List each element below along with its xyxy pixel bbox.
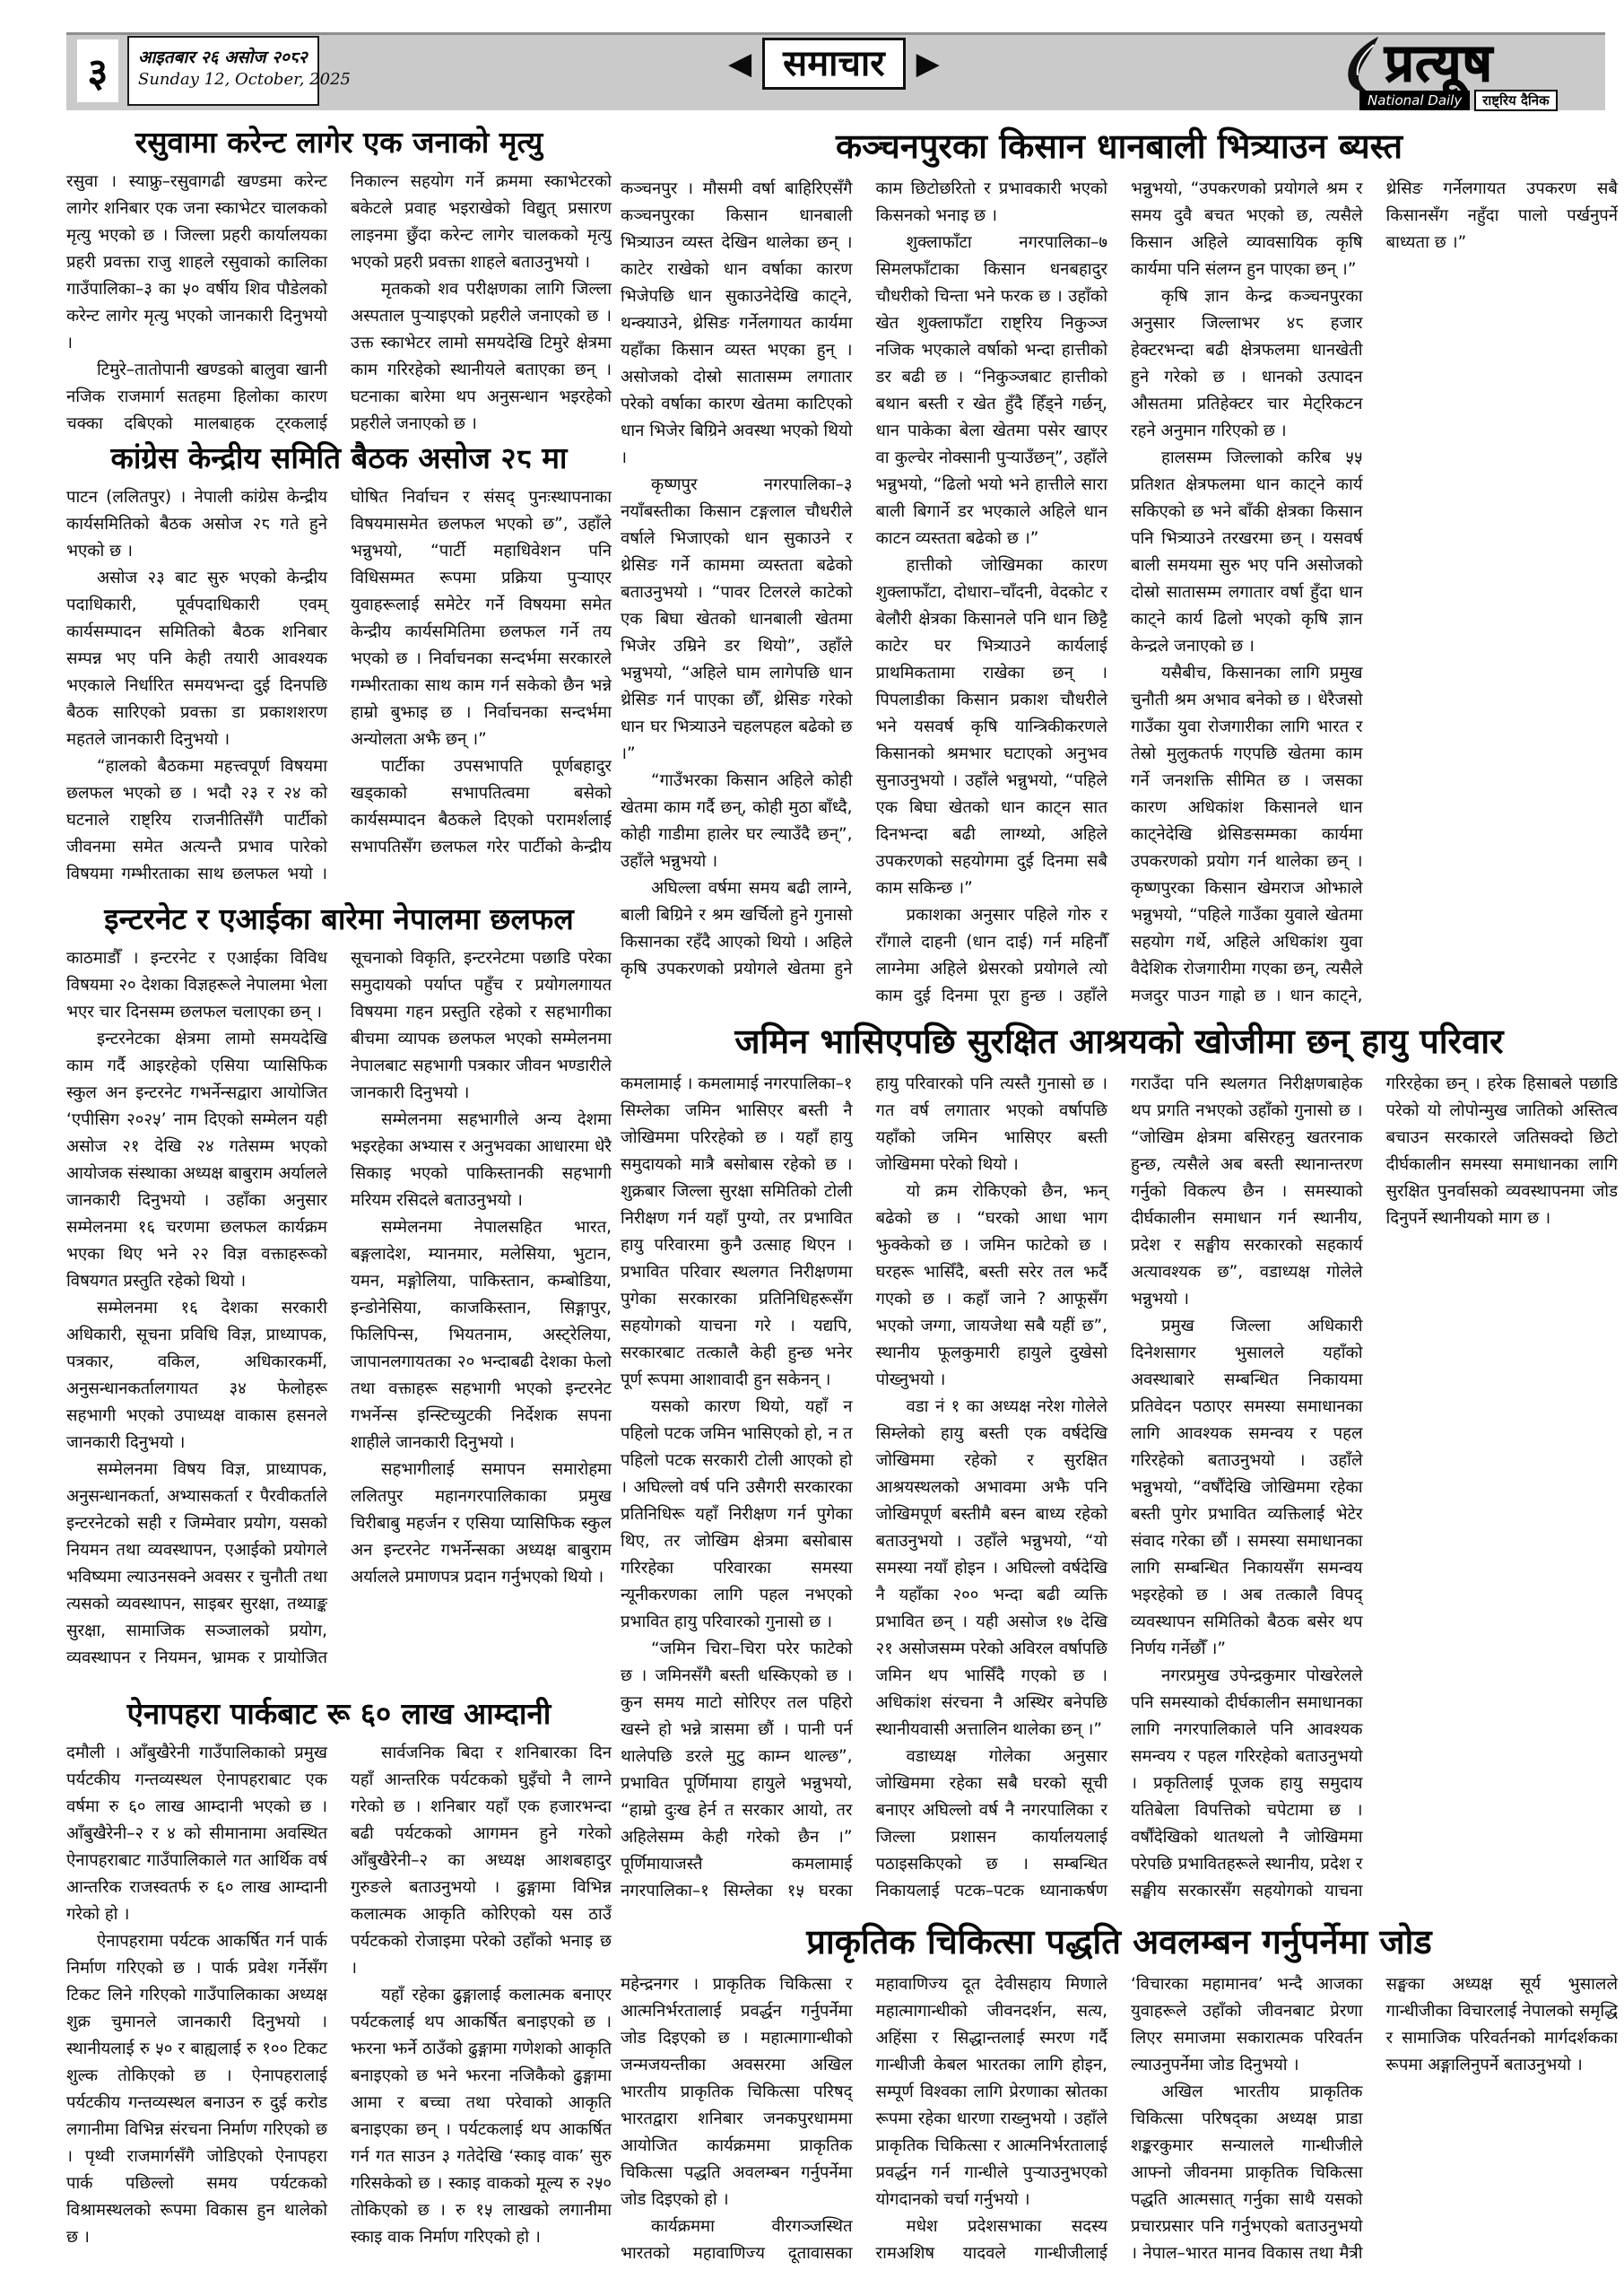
paragraph: सम्मेलनमा १६ देशका सरकारी अधिकारी, सूचना… [66,1295,327,1457]
right-arrow-icon: ▶ [916,48,940,79]
article-headline: जमिन भासिएपछि सुरक्षित आश्रयको खोजीमा छन… [621,1022,1618,1062]
paragraph: यहाँ रहेका ढुङ्गालाई कलात्मक बनाएर पर्यट… [351,1982,612,2251]
article-internet-ai: इन्टरनेट र एआईका बारेमा नेपालमा छलफल काठ… [66,902,612,1695]
paragraph: सम्मेलनमा नेपालसहित भारत, बङ्गलादेश, म्य… [351,1214,612,1457]
paragraph: कृष्णपुर नगरपालिका–३ नयाँबस्तीका किसान ट… [621,472,853,768]
logo-flame-icon [1342,36,1388,93]
logo-taglines: National Daily राष्ट्रिय दैनिक [1359,90,1558,111]
paragraph: ऐनापहरामा पर्यटक आकर्षित गर्न पार्क निर्… [66,1928,327,2251]
article-body: महेन्द्रनगर । प्राकृतिक चिकित्सा र आत्मन… [621,1971,1618,2291]
logo-tagline-en: National Daily [1359,91,1470,110]
paragraph: “गाउँभरका किसान अहिले कोही खेतमा काम गर्… [621,768,853,875]
article-rasuwa-current-death: रसुवामा करेन्ट लागेर एक जनाको मृत्यु रसु… [66,126,612,439]
article-headline: प्राकृतिक चिकित्सा पद्धति अवलम्बन गर्नुप… [621,1923,1618,1962]
paragraph: महेन्द्रनगर । प्राकृतिक चिकित्सा र आत्मन… [621,1971,853,2213]
paragraph: मृतकको शव परीक्षणका लागि जिल्ला अस्पताल … [351,276,612,438]
left-arrow-icon: ◀ [728,48,751,79]
article-headline: रसुवामा करेन्ट लागेर एक जनाको मृत्यु [66,126,612,160]
article-body: कञ्चनपुर । मौसमी वर्षा बाहिरिएसँगै कञ्चन… [621,176,1618,1021]
paragraph: यो क्रम रोकिएको छैन, झन् बढेको छ । “घरको… [876,1178,1108,1394]
paragraph: सहभागीलाई समापन समारोहमा ललितपुर महानगरप… [351,1457,612,1591]
paragraph: शुक्लाफाँटा नगरपालिका–७ सिमलफाँटाका किसा… [876,230,1108,552]
article-ainapahara-park: ऐनापहरा पार्कबाट रू ६० लाख आम्दानी दमौली… [66,1697,612,2291]
date-english: Sunday 12, October, 2025 [138,70,308,89]
section-banner: ◀ समाचार ▶ [728,38,940,90]
paragraph: यसको कारण थियो, यहाँ न पहिलो पटक जमिन भा… [621,1394,853,1636]
paragraph: दमौली । आँबुखैरेनी गाउँपालिकाको प्रमुख प… [66,1740,327,1928]
article-congress-meeting: कांग्रेस केन्द्रीय समिति बैठक असोज २८ मा… [66,441,612,900]
paragraph: कृषि ज्ञान केन्द्र कञ्चनपुरका अनुसार जिल… [1131,283,1363,445]
article-headline: इन्टरनेट र एआईका बारेमा नेपालमा छलफल [66,902,612,936]
paragraph: पाटन (ललितपुर) । नेपाली कांग्रेस केन्द्र… [66,484,327,565]
paragraph: कमलामाई । कमलामाई नगरपालिका–१ सिम्लेका ज… [621,1071,853,1394]
section-title: समाचार [762,38,905,90]
article-naturopathy: प्राकृतिक चिकित्सा पद्धति अवलम्बन गर्नुप… [621,1923,1618,2291]
date-nepali: आइतबार २६ असोज २०८२ [138,45,308,68]
newspaper-page: ३ आइतबार २६ असोज २०८२ Sunday 12, October… [0,0,1624,2296]
article-body: दमौली । आँबुखैरेनी गाउँपालिकाको प्रमुख प… [66,1740,612,2291]
paragraph: सार्वजनिक बिदा र शनिबारका दिन यहाँ आन्तर… [351,1740,612,1982]
article-body: रसुवा । स्याफ्रु–रसुवागढी खण्डमा करेन्ट … [66,169,612,439]
article-kanchanpur-paddy: कञ्चनपुरका किसान धानबाली भित्र्याउन ब्यस… [621,127,1618,1021]
paragraph: काठमाडौँ । इन्टरनेट र एआईका विविध विषयमा… [66,945,327,1026]
logo-tagline-np: राष्ट्रिय दैनिक [1474,90,1557,111]
paragraph: हालसम्म जिल्लाको करिब ५५ प्रतिशत क्षेत्र… [1131,445,1363,660]
paragraph: कञ्चनपुर । मौसमी वर्षा बाहिरिएसँगै कञ्चन… [621,176,853,472]
article-headline: कञ्चनपुरका किसान धानबाली भित्र्याउन ब्यस… [621,127,1618,167]
article-headline: ऐनापहरा पार्कबाट रू ६० लाख आम्दानी [66,1697,612,1731]
paragraph: वडा नं १ का अध्यक्ष नरेश गोलेले सिम्लेको… [876,1394,1108,1744]
article-headline: कांग्रेस केन्द्रीय समिति बैठक असोज २८ मा [66,441,612,475]
paragraph: रसुवा । स्याफ्रु–रसुवागढी खण्डमा करेन्ट … [66,169,327,357]
paragraph: सम्मेलनमा सहभागीले अन्य देशमा भइरहेका अभ… [351,1107,612,1214]
logo-title: प्रत्यूष [1385,25,1493,96]
newspaper-logo: प्रत्यूष National Daily राष्ट्रिय दैनिक [1342,30,1580,120]
article-body: काठमाडौँ । इन्टरनेट र एआईका विविध विषयमा… [66,945,612,1695]
article-body: कमलामाई । कमलामाई नगरपालिका–१ सिम्लेका ज… [621,1071,1618,1921]
paragraph: असोज २३ बाट सुरु भएको केन्द्रीय पदाधिकार… [66,565,327,753]
article-body: पाटन (ललितपुर) । नेपाली कांग्रेस केन्द्र… [66,484,612,900]
page-number: ३ [77,39,118,102]
paragraph: हात्तीको जोखिमका कारण शुक्लाफाँटा, दोधार… [876,552,1108,902]
paragraph: इन्टरनेटका क्षेत्रमा लामो समयदेखि काम गर… [66,1026,327,1295]
article-hayu-families: जमिन भासिएपछि सुरक्षित आश्रयको खोजीमा छन… [621,1022,1618,1921]
paragraph: प्रमुख जिल्ला अधिकारी दिनेशसागर भुसालले … [1131,1313,1363,1663]
date-box: आइतबार २६ असोज २०८२ Sunday 12, October, … [127,36,319,106]
